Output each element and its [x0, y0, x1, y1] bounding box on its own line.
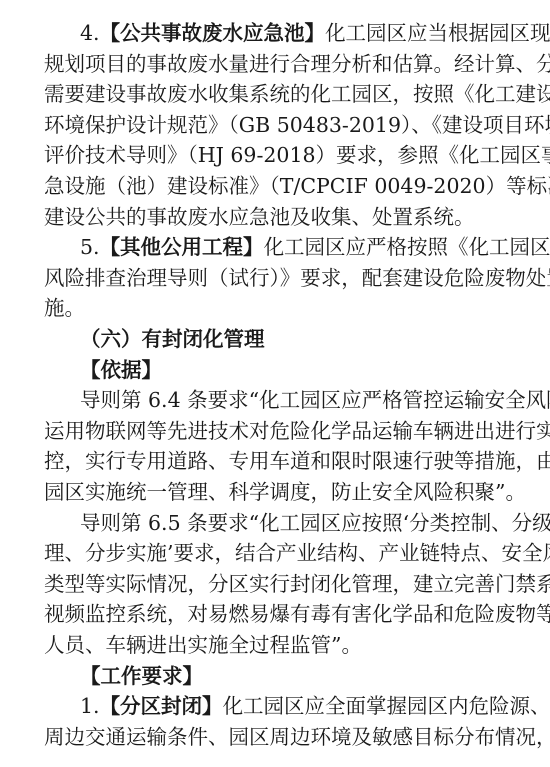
- paragraph-line: 评价技术导则》（HJ 69-2018）要求，参照《化工园区事故应: [44, 140, 490, 170]
- item-number: 1.: [80, 694, 100, 718]
- document-page: 4.【公共事故废水应急池】化工园区应当根据园区现有和 规划项目的事故废水量进行合…: [0, 0, 550, 767]
- basis-heading: 【依据】: [80, 355, 490, 385]
- work-heading: 【工作要求】: [80, 661, 490, 691]
- item-number: 5.: [80, 235, 100, 259]
- paragraph-line: 风险排查治理导则（试行）》要求，配套建设危险废物处置设: [44, 263, 490, 293]
- paragraph-line: 施。: [44, 293, 490, 323]
- item-title: 【分区封闭】: [100, 694, 223, 718]
- item-title: 【公共事故废水应急池】: [100, 21, 326, 45]
- paragraph-line: 规划项目的事故废水量进行合理分析和估算。经计算、分析后: [44, 49, 490, 79]
- item-title: 【其他公用工程】: [100, 235, 264, 259]
- paragraph-line: 导则第 6.4 条要求“化工园区应严格管控运输安全风险，: [80, 385, 490, 415]
- line-text: 化工园区应全面掌握园区内危险源、园区: [223, 694, 550, 718]
- paragraph-line: 园区实施统一管理、科学调度，防止安全风险积聚”。: [44, 477, 490, 507]
- paragraph-line: 导则第 6.5 条要求“化工园区应按照‘分类控制、分级管: [80, 508, 490, 538]
- paragraph-line: 需要建设事故废水收集系统的化工园区，按照《化工建设项目: [44, 79, 490, 109]
- paragraph-line: 4.【公共事故废水应急池】化工园区应当根据园区现有和: [80, 18, 490, 48]
- paragraph-line: 人员、车辆进出实施全过程监管”。: [44, 630, 490, 660]
- line-text: 化工园区应严格按照《化工园区安全: [264, 235, 550, 259]
- paragraph-line: 周边交通运输条件、园区周边环境及敏感目标分布情况，辨识: [44, 722, 490, 752]
- paragraph-line: 环境保护设计规范》（GB 50483-2019）、《建设项目环境风险: [44, 110, 490, 140]
- section-heading: （六）有封闭化管理: [80, 324, 490, 354]
- paragraph-line: 1.【分区封闭】化工园区应全面掌握园区内危险源、园区: [80, 691, 490, 721]
- paragraph-line: 视频监控系统，对易燃易爆有毒有害化学品和危险废物等物料、: [44, 599, 490, 629]
- paragraph-line: 理、分步实施’要求，结合产业结构、产业链特点、安全风险: [44, 538, 490, 568]
- paragraph-line: 5.【其他公用工程】化工园区应严格按照《化工园区安全: [80, 232, 490, 262]
- paragraph-line: 控，实行专用道路、专用车道和限时限速行驶等措施，由化工: [44, 446, 490, 476]
- item-number: 4.: [80, 21, 100, 45]
- line-text: 化工园区应当根据园区现有和: [325, 21, 550, 45]
- paragraph-line: 运用物联网等先进技术对危险化学品运输车辆进出进行实时监: [44, 416, 490, 446]
- paragraph-line: 建设公共的事故废水应急池及收集、处置系统。: [44, 202, 490, 232]
- paragraph-line: 类型等实际情况，分区实行封闭化管理，建立完善门禁系统和: [44, 569, 490, 599]
- paragraph-line: 急设施（池）建设标准》（T/CPCIF 0049-2020）等标准，规划: [44, 171, 490, 201]
